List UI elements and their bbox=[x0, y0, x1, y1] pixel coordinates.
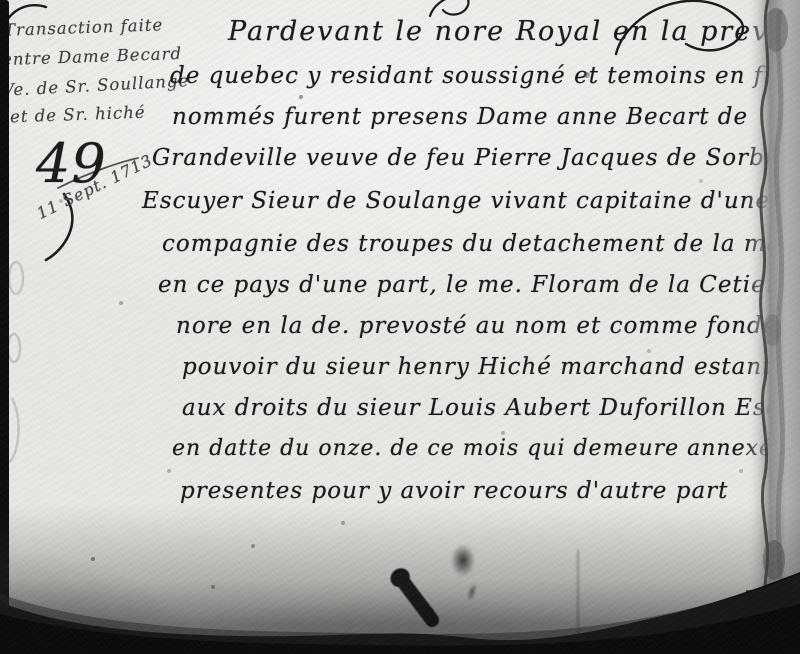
body-text-line: Grandeville veuve de feu Pierre Jacques … bbox=[152, 145, 800, 171]
body-text-line: Escuyer Sieur de Soulange vivant capitai… bbox=[142, 188, 770, 214]
body-text-line: nore en la de. prevosté au nom et comme … bbox=[176, 313, 800, 339]
body-text-line: pouvoir du sieur henry Hiché marchand es… bbox=[182, 354, 772, 380]
manuscript-page: Transaction faite entre Dame Becard Ve. … bbox=[0, 0, 800, 654]
ink-showthrough bbox=[6, 238, 32, 468]
margin-note-line: entre Dame Becard bbox=[2, 44, 183, 69]
body-text-line: en ce pays d'une part, le me. Floram de … bbox=[158, 272, 792, 298]
body-text-line: compagnie des troupes du detachement de … bbox=[162, 231, 800, 257]
body-text-line: presentes pour y avoir recours d'autre p… bbox=[180, 478, 728, 504]
body-text-line: nommés furent presens Dame anne Becart d… bbox=[172, 104, 748, 130]
body-text-line: en datte du onze. de ce mois qui demeure… bbox=[172, 436, 800, 461]
margin-note-line: Ve. de Sr. Soullange bbox=[2, 71, 190, 100]
body-text-line: Pardevant le nore Royal en la prevosté bbox=[228, 16, 800, 47]
body-text-line: de quebec y residant soussigné et temoin… bbox=[170, 63, 787, 89]
margin-note-line: Transaction faite bbox=[4, 15, 164, 40]
body-text-line: aux droits du sieur Louis Aubert Duforil… bbox=[182, 395, 800, 421]
margin-note-line: et de Sr. hiché bbox=[10, 103, 146, 127]
scan-bottom-edge bbox=[0, 534, 800, 654]
